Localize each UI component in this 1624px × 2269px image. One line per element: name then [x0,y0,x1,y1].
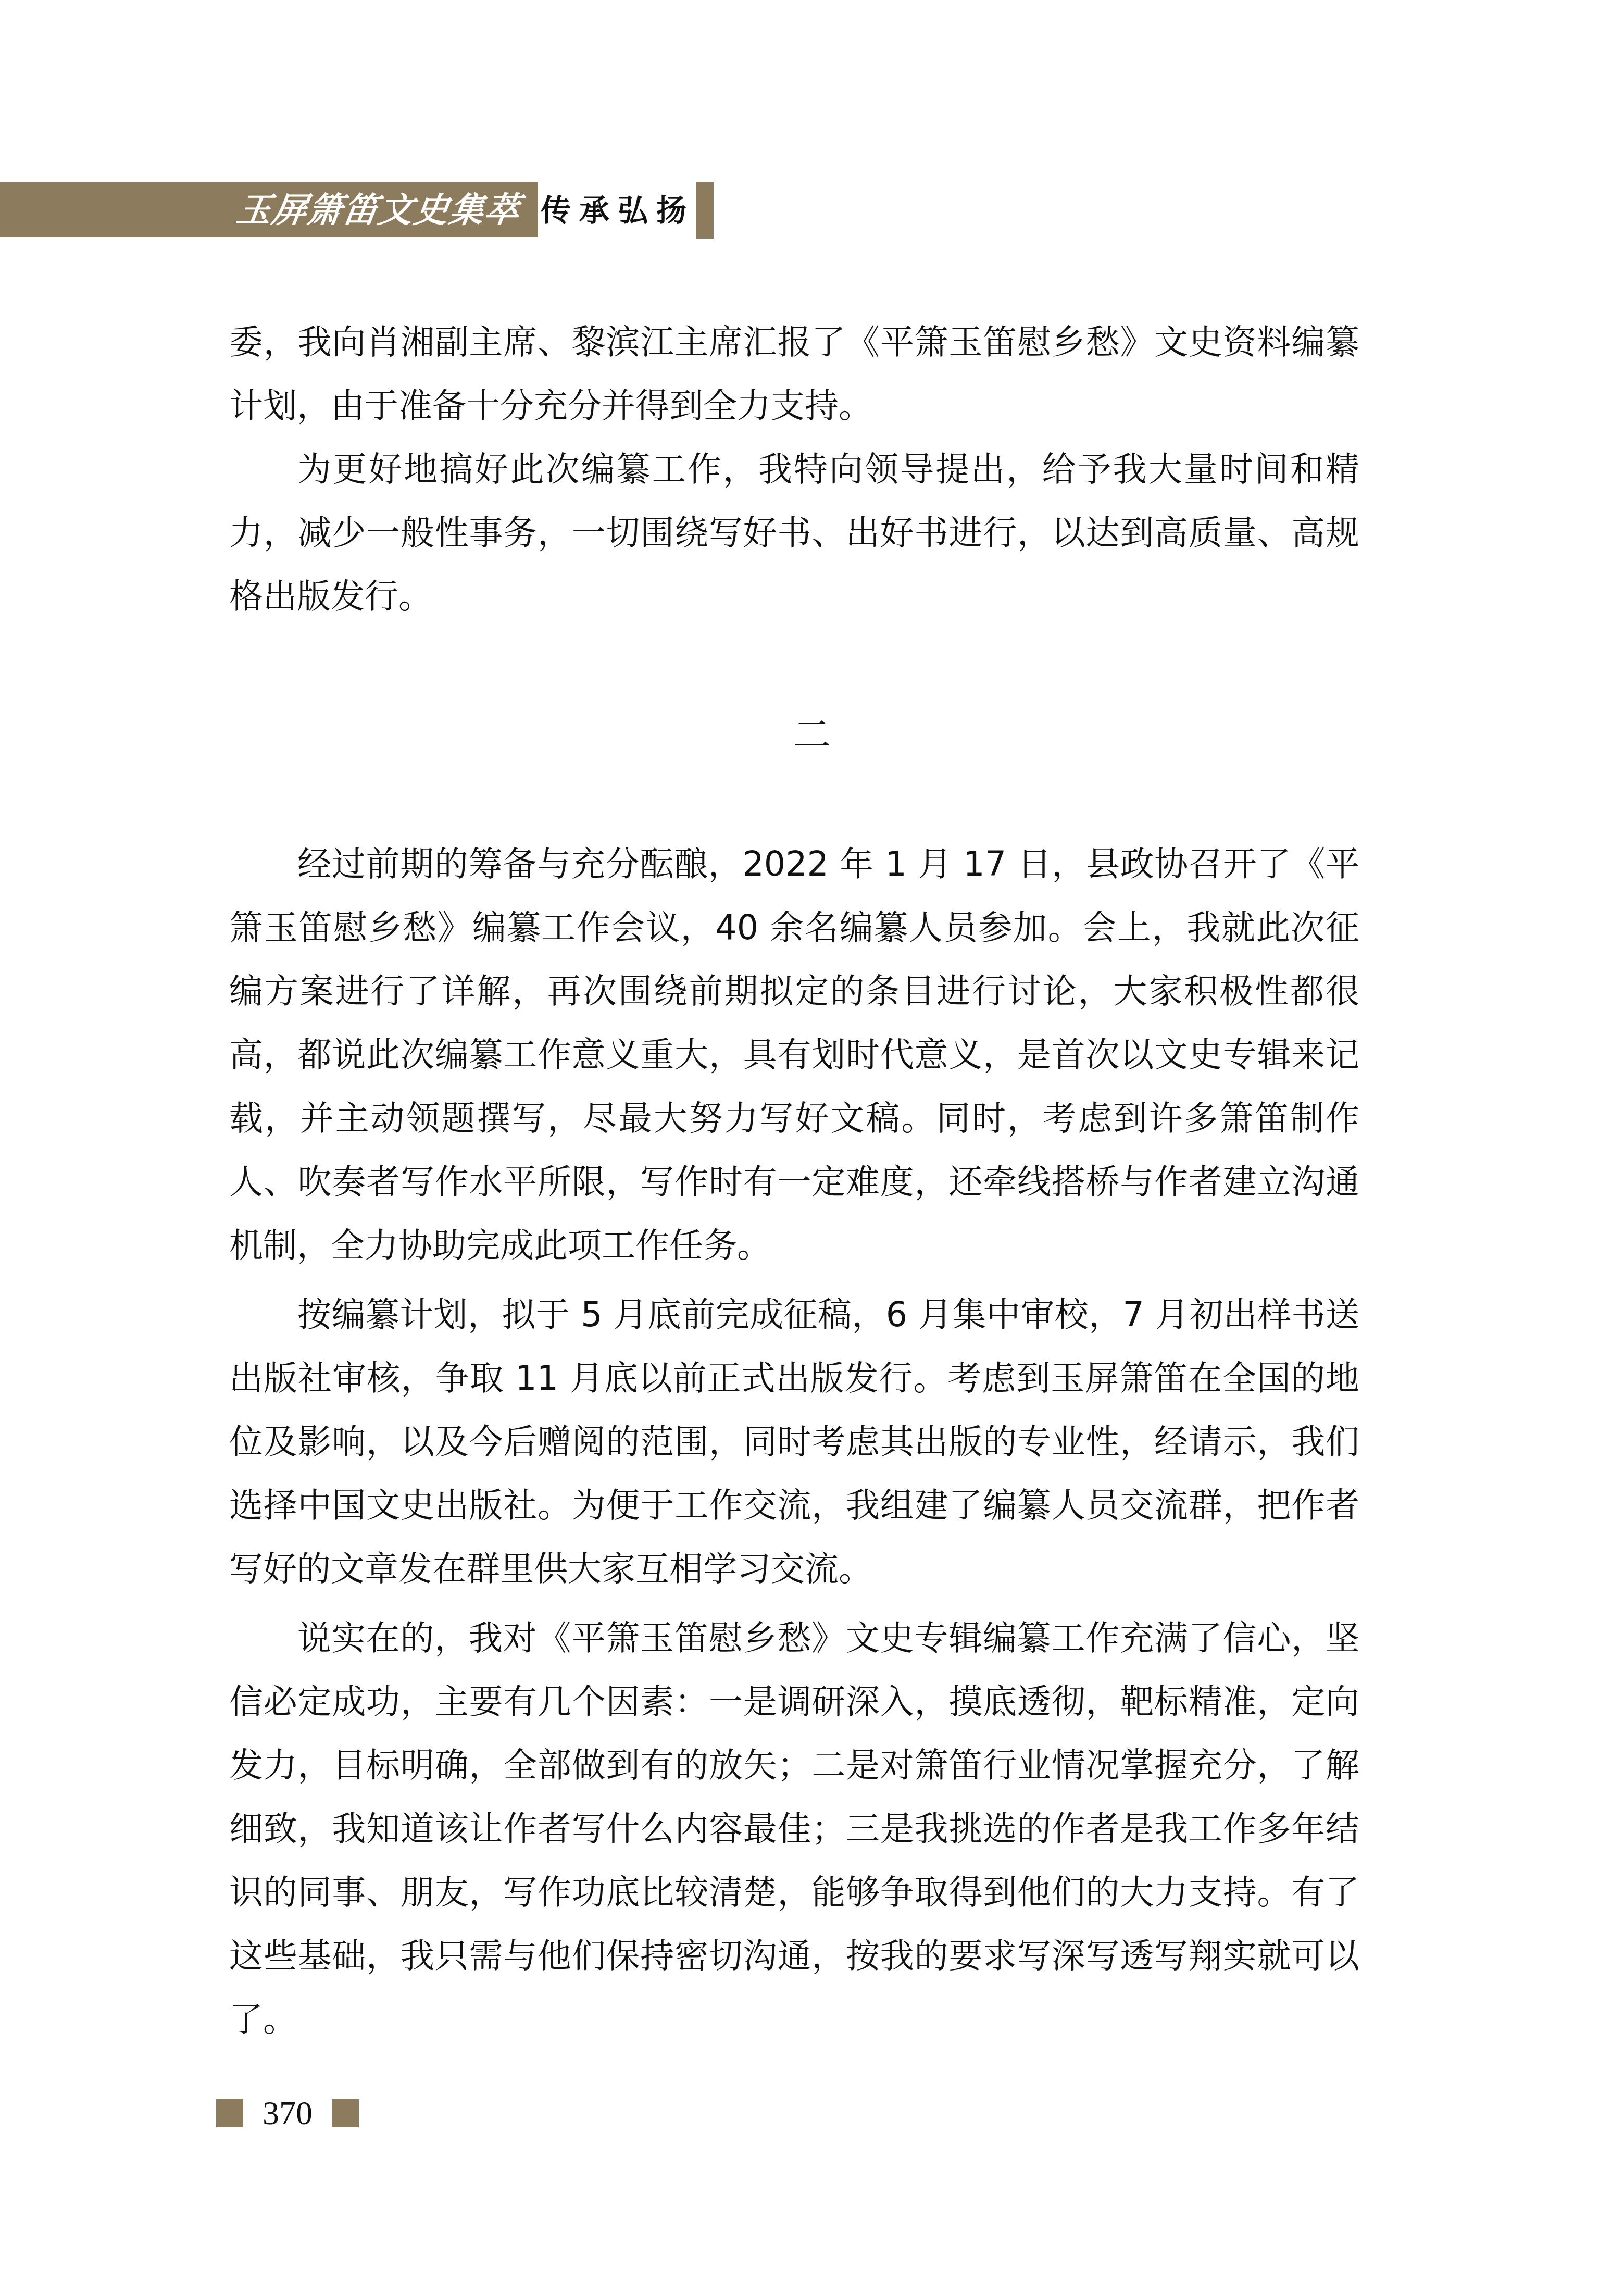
paragraph: 说实在的，我对《平箫玉笛慰乡愁》文史专辑编纂工作充满了信心，坚信必定成功，主要有… [229,1607,1359,2052]
header-end-bar [696,182,714,239]
section-name: 传承弘扬 [541,185,695,235]
section-text-block: 经过前期的筹备与充分酝酿，2022 年 1 月 17 日，县政协召开了《平箫玉笛… [229,833,1359,2052]
paragraph: 经过前期的筹备与充分酝酿，2022 年 1 月 17 日，县政协召开了《平箫玉笛… [229,833,1359,1278]
paragraph: 为更好地搞好此次编纂工作，我特向领导提出，给予我大量时间和精力，减少一般性事务，… [229,438,1359,629]
section-heading-text: 二 [793,708,831,761]
paragraph: 按编纂计划，拟于 5 月底前完成征稿，6 月集中审校，7 月初出样书送出版社审核… [229,1283,1359,1601]
footer-square-right [332,2099,359,2127]
book-title-calligraphy: 玉屏箫笛文史集萃 [234,186,532,233]
top-text-block: 委，我向肖湘副主席、黎滨江主席汇报了《平箫玉笛慰乡愁》文史资料编纂计划，由于准备… [229,311,1359,629]
page-number: 370 [243,2099,332,2127]
paragraph-continuation: 委，我向肖湘副主席、黎滨江主席汇报了《平箫玉笛慰乡愁》文史资料编纂计划，由于准备… [229,311,1359,438]
footer-square-left [216,2099,243,2127]
section-heading: 二 [0,708,1624,761]
page-footer: 370 [216,2099,359,2127]
